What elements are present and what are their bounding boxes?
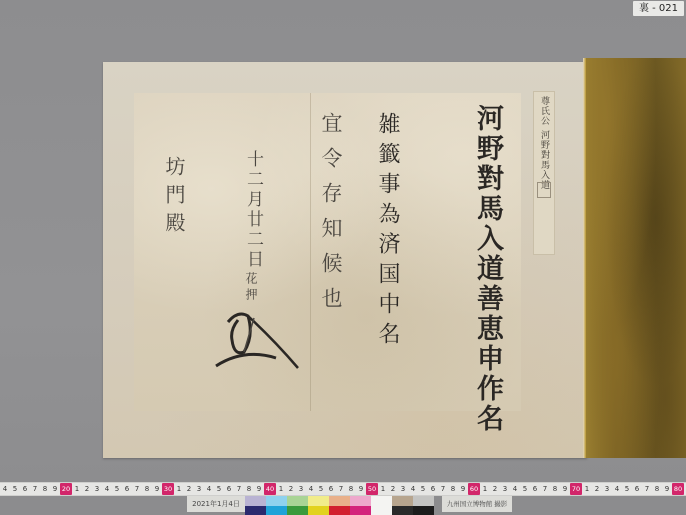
ruler-number: 8: [244, 483, 254, 495]
ruler-number: 40: [264, 483, 276, 495]
paper-fold-line: [310, 93, 311, 411]
ruler-number: 2: [490, 483, 500, 495]
color-patch: [371, 496, 392, 515]
ruler-number: 7: [540, 483, 550, 495]
ruler-number: 9: [50, 483, 60, 495]
ruler-number: 4: [408, 483, 418, 495]
ruler-number: 3: [194, 483, 204, 495]
ruler-number: 9: [254, 483, 264, 495]
page-label: 裏 - 021: [633, 1, 684, 16]
ruler-number: 5: [418, 483, 428, 495]
ruler-number: 20: [60, 483, 72, 495]
ruler-number: 1: [276, 483, 286, 495]
date-column: 十二月廿二日: [241, 150, 266, 270]
ruler-number: 8: [652, 483, 662, 495]
color-patch: [245, 496, 266, 515]
label-slip-text: 尊氏公 河野對馬入道: [538, 96, 551, 190]
ruler-number: 2: [388, 483, 398, 495]
ruler-number: 50: [366, 483, 378, 495]
color-patch: [413, 496, 434, 515]
color-patch: [329, 496, 350, 515]
addressee-column: 坊門殿: [160, 156, 189, 240]
ruler-number: 8: [142, 483, 152, 495]
ruler-number: 1: [582, 483, 592, 495]
ruler-number: 9: [356, 483, 366, 495]
ruler-number: 9: [560, 483, 570, 495]
ruler-number: 80: [672, 483, 684, 495]
ruler-number: 3: [92, 483, 102, 495]
ruler-number: 8: [550, 483, 560, 495]
ruler-number: 1: [480, 483, 490, 495]
ruler-number: 6: [428, 483, 438, 495]
ruler-number: 6: [122, 483, 132, 495]
ruler-number: 6: [20, 483, 30, 495]
calligraphy-column-2: 雑籤事為済国中名: [372, 112, 403, 352]
color-patch: [350, 496, 371, 515]
ruler-number: 7: [30, 483, 40, 495]
ruler-number: 1: [378, 483, 388, 495]
ruler-number: 9: [458, 483, 468, 495]
ruler-number: 7: [642, 483, 652, 495]
ruler-number: 3: [296, 483, 306, 495]
ruler-number: 3: [398, 483, 408, 495]
measurement-ruler: 4567892012345678930123456789401234567895…: [0, 482, 686, 496]
ruler-number: 4: [0, 483, 10, 495]
calligraphy-column-3: 宜令存知候也: [316, 112, 346, 322]
ruler-number: 2: [82, 483, 92, 495]
ruler-number: 4: [510, 483, 520, 495]
ruler-number: 4: [612, 483, 622, 495]
ruler-number: 7: [132, 483, 142, 495]
ruler-number: 5: [10, 483, 20, 495]
ruler-number: 7: [438, 483, 448, 495]
ruler-number: 9: [662, 483, 672, 495]
ruler-number: 70: [570, 483, 582, 495]
color-patch: [392, 496, 413, 515]
signature-name: 花押: [243, 272, 260, 304]
seal-stamp-icon: [537, 182, 551, 198]
ruler-number: 7: [336, 483, 346, 495]
ruler-number: 6: [224, 483, 234, 495]
ruler-number: 8: [448, 483, 458, 495]
ruler-number: 1: [72, 483, 82, 495]
ruler-number: 4: [204, 483, 214, 495]
ruler-number: 30: [162, 483, 174, 495]
kao-signature-mark: [214, 310, 300, 372]
gold-leaf-panel: [585, 58, 686, 458]
ruler-number: 5: [520, 483, 530, 495]
ruler-number: 5: [622, 483, 632, 495]
ruler-number: 5: [214, 483, 224, 495]
ruler-number: 60: [468, 483, 480, 495]
ruler-number: 6: [326, 483, 336, 495]
gold-panel-edge: [583, 58, 586, 458]
ruler-number: 7: [234, 483, 244, 495]
ruler-number: 6: [530, 483, 540, 495]
institution-credit: 九州国立博物館 撮影: [442, 496, 512, 512]
ruler-number: 3: [500, 483, 510, 495]
ruler-number: 9: [152, 483, 162, 495]
ruler-number: 3: [602, 483, 612, 495]
ruler-number: 8: [40, 483, 50, 495]
ruler-number: 1: [174, 483, 184, 495]
ruler-number: 5: [316, 483, 326, 495]
ruler-number: 2: [184, 483, 194, 495]
color-patch: [287, 496, 308, 515]
ruler-number: 2: [286, 483, 296, 495]
color-patch: [308, 496, 329, 515]
ruler-number: 5: [112, 483, 122, 495]
capture-date: 2021年1月4日: [187, 496, 245, 512]
ruler-number: 8: [346, 483, 356, 495]
ruler-number: 6: [632, 483, 642, 495]
color-checker: [245, 496, 434, 515]
ruler-number: 2: [592, 483, 602, 495]
label-slip: 尊氏公 河野對馬入道: [533, 91, 555, 255]
calligraphy-column-1: 河野對馬入道善恵申作名: [468, 104, 507, 434]
ruler-number: 4: [306, 483, 316, 495]
ruler-number: 4: [102, 483, 112, 495]
color-patch: [266, 496, 287, 515]
